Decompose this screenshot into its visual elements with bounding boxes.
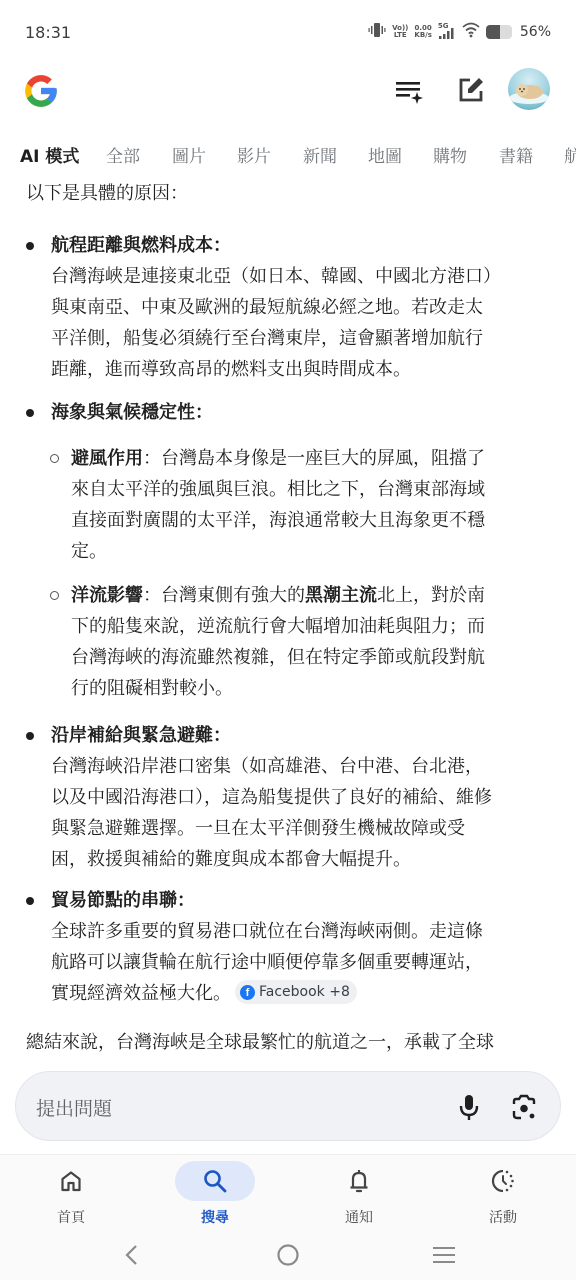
bullet <box>26 897 34 905</box>
mic-button[interactable] <box>458 1094 480 1126</box>
status-time: 18:31 <box>25 23 71 42</box>
ai-answer: 以下是具體的原因： 航程距離與燃料成本： 台灣海峽是連接東北亞（如日本、韓國、中… <box>0 176 576 1066</box>
source-chip-label: Facebook +8 <box>259 980 350 1004</box>
section-title: 航程距離與燃料成本： <box>51 230 231 261</box>
section-title: 沿岸補給與緊急避難： <box>51 720 231 751</box>
tab-maps[interactable]: 地圖 <box>368 140 402 174</box>
section-body: 全球許多重要的貿易港口就位在台灣海峽兩側。走這條 航路可以讓貨輪在航行途中順便停… <box>51 916 541 1009</box>
activity-icon <box>490 1168 516 1194</box>
bell-icon <box>347 1168 371 1194</box>
tab-images[interactable]: 圖片 <box>172 140 206 174</box>
vibrate-icon <box>368 22 386 42</box>
kuroshio-term: 黑潮主流 <box>305 585 377 606</box>
home-system-button[interactable] <box>270 1240 306 1270</box>
status-icons: Vo))LTE 0.00KB/s 5G 56% <box>368 22 551 42</box>
sub-bullet <box>50 454 59 463</box>
mic-icon <box>458 1094 480 1122</box>
nav-home[interactable]: 首頁 <box>21 1155 121 1235</box>
tab-news[interactable]: 新聞 <box>303 140 337 174</box>
bullet <box>26 242 34 250</box>
edit-note-icon <box>457 76 485 104</box>
tab-flights[interactable]: 航 <box>564 140 576 174</box>
search-tabs: AI 模式 全部 圖片 影片 新聞 地圖 購物 書籍 航 <box>0 140 576 174</box>
system-nav-bar <box>0 1234 576 1280</box>
tab-videos[interactable]: 影片 <box>237 140 271 174</box>
ask-input[interactable]: 提出問題 <box>15 1071 561 1141</box>
section-body: 台灣海峽是連接東北亞（如日本、韓國、中國北方港口） 與東南亞、中東及歐洲的最短航… <box>51 261 541 385</box>
source-chip[interactable]: fFacebook +8 <box>235 980 357 1004</box>
bullet <box>26 732 34 740</box>
net-speed: 0.00KB/s <box>414 25 431 39</box>
google-logo[interactable] <box>22 72 60 110</box>
ask-area: 提出問題 <box>0 1066 576 1154</box>
recents-button[interactable] <box>426 1240 462 1270</box>
ask-placeholder: 提出問題 <box>36 1094 112 1121</box>
ai-history-button[interactable] <box>391 72 427 108</box>
back-chevron-icon <box>123 1244 141 1266</box>
nav-search[interactable]: 搜尋 <box>165 1155 265 1235</box>
new-chat-button[interactable] <box>453 72 489 108</box>
avatar[interactable] <box>508 68 550 110</box>
google-lens-icon <box>510 1094 538 1122</box>
sub-term: 洋流影響 <box>71 585 143 606</box>
battery-percent: 56% <box>520 24 551 40</box>
volte-icon: Vo))LTE <box>392 25 408 39</box>
tab-ai-mode[interactable]: AI 模式 <box>20 140 79 174</box>
sub-term: 避風作用 <box>71 448 143 469</box>
playlist-sparkle-icon <box>394 76 424 104</box>
back-button[interactable] <box>114 1240 150 1270</box>
tab-all[interactable]: 全部 <box>106 140 140 174</box>
status-bar: 18:31 Vo))LTE 0.00KB/s 5G 56% <box>0 0 576 66</box>
intro-text: 以下是具體的原因： <box>26 178 188 209</box>
bullet <box>26 409 34 417</box>
search-icon <box>202 1168 228 1194</box>
section-body: 台灣海峽沿岸港口密集（如高雄港、台中港、台北港， 以及中國沿海港口），這為船隻提… <box>51 751 541 875</box>
nav-activity[interactable]: 活動 <box>453 1155 553 1235</box>
section-title: 貿易節點的串聯： <box>51 885 195 916</box>
tab-books[interactable]: 書籍 <box>499 140 533 174</box>
summary-text: 總結來說，台灣海峽是全球最繁忙的航道之一，承載了全球 <box>26 1027 494 1058</box>
lens-button[interactable] <box>510 1094 538 1126</box>
nav-notifications[interactable]: 通知 <box>309 1155 409 1235</box>
home-icon <box>59 1169 83 1193</box>
battery-icon <box>486 25 512 39</box>
sub-bullet <box>50 591 59 600</box>
recents-menu-icon <box>432 1244 456 1266</box>
wifi-icon <box>462 22 480 42</box>
seal-avatar-image <box>508 68 550 110</box>
app-header <box>0 66 576 122</box>
tab-shopping[interactable]: 購物 <box>433 140 467 174</box>
bottom-nav: 首頁 搜尋 通知 <box>0 1154 576 1234</box>
section-title: 海象與氣候穩定性： <box>51 397 213 428</box>
signal-5g-icon: 5G <box>438 24 456 40</box>
facebook-icon: f <box>240 985 255 1000</box>
home-circle-icon <box>276 1243 300 1267</box>
